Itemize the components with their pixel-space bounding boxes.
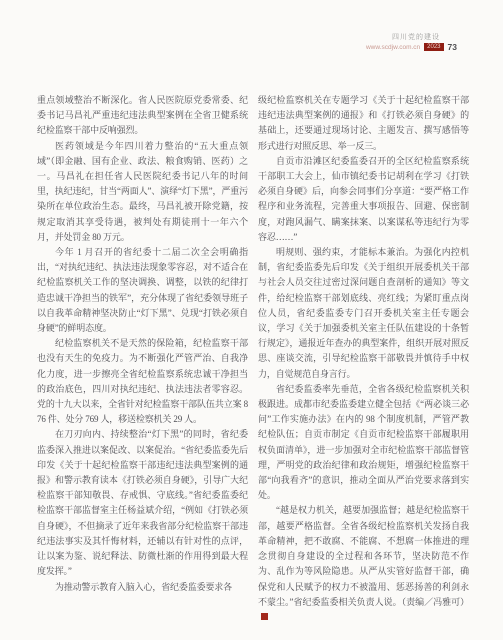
header-meta-row: www.scdjw.com.cn 2023 73: [366, 42, 457, 52]
magazine-title: 四川党的建设: [392, 33, 440, 41]
right-column: 级纪检监察机关在专题学习《关于十起纪检监察干部违纪违法典型案例的通报》和《打铁必…: [258, 93, 469, 625]
paragraph: 今年 1 月召开的省纪委十二届二次全会明确指出，“对执纪违纪、执法违法现象零容忍…: [37, 245, 248, 336]
paragraph-text: “越是权力机关，越要加强监督；越是纪检监察干部，越要严格监督。全省各级纪检监察机…: [258, 505, 469, 606]
article-end-mark-icon: [261, 613, 268, 620]
paragraph: 纪检监察机关不是天然的保险箱，纪检监察干部也没有天生的免疫力。为不断强化严管严治…: [37, 336, 248, 427]
paragraph: 自贡市沿滩区纪委监委召开的全区纪检监察系统干部职工大会上，仙市镇纪委书记胡利在学…: [258, 154, 469, 245]
paragraph: 为推动警示教育入脑入心，省纪委监委要求各: [37, 580, 248, 595]
paragraph: 重点领域整治不断深化。省人民医院原党委常委、纪委书记马昌礼严重违纪违法典型案例在…: [37, 93, 248, 139]
page-header: 四川党的建设 www.scdjw.com.cn 2023 73: [366, 33, 457, 53]
paragraph: 明规则、强约束，才能标本兼治。为强化内控机制，省纪委监委先后印发《关于组织开展委…: [258, 245, 469, 382]
paragraph: 在刀刃向内、持续整治“灯下黑”的同时，省纪委监委深入推进以案促改、以案促治。“省…: [37, 427, 248, 579]
page-number: 73: [448, 42, 457, 52]
paragraph: 医药领域是今年四川着力整治的“五大重点领域”（即金融、国有企业、政法、粮食购销、…: [37, 139, 248, 245]
issue-year-badge: 2023: [424, 43, 443, 51]
article-body: 重点领域整治不断深化。省人民医院原党委常委、纪委书记马昌礼严重违纪违法典型案例在…: [37, 93, 469, 625]
magazine-page: 四川党的建设 www.scdjw.com.cn 2023 73 重点领域整治不断…: [0, 0, 503, 640]
paragraph: “越是权力机关，越要加强监督；越是纪检监察干部，越要严格监督。全省各级纪检监察机…: [258, 503, 469, 625]
paragraph: 级纪检监察机关在专题学习《关于十起纪检监察干部违纪违法典型案例的通报》和《打铁必…: [258, 93, 469, 154]
paragraph: 省纪委监委率先垂范，全省各级纪检监察机关积极跟进。成都市纪委监委建立健全包括《“…: [258, 382, 469, 504]
left-column: 重点领域整治不断深化。省人民医院原党委常委、纪委书记马昌礼严重违纪违法典型案例在…: [37, 93, 248, 625]
magazine-website: www.scdjw.com.cn: [366, 44, 420, 52]
